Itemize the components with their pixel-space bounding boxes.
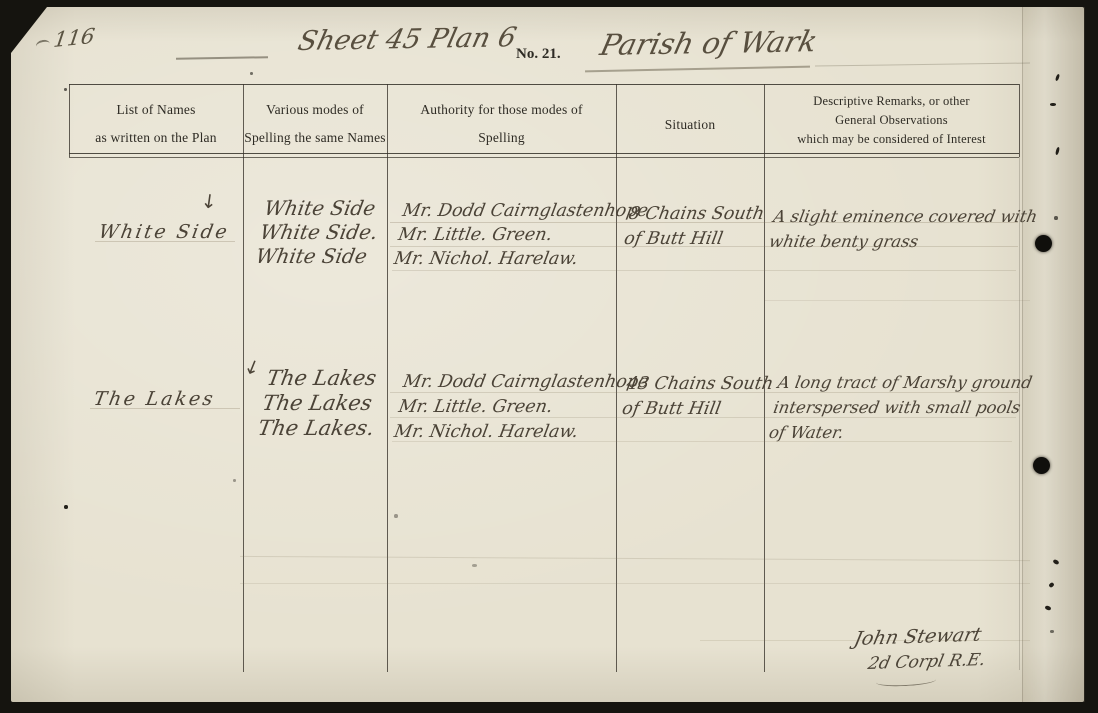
header-text-line: Situation	[616, 111, 764, 139]
entry-number-label: No. 21.	[516, 46, 561, 63]
situation-cell-row1: 8 Chains South of Butt Hill	[622, 202, 766, 252]
header-text-line: Spelling the same Names	[243, 124, 387, 152]
column-header-remarks: Descriptive Remarks, or other General Ob…	[764, 92, 1019, 149]
spelling-entry: White Side	[254, 244, 375, 268]
authority-entry: Mr. Little. Green.	[396, 223, 646, 247]
situation-line: of Butt Hill	[622, 227, 762, 252]
column-header-names: List of Names as written on the Plan	[69, 96, 243, 152]
header-text-line: Descriptive Remarks, or other	[764, 92, 1019, 111]
authority-cell-row2: Mr. Dodd Cairnglastenhope Mr. Little. Gr…	[392, 370, 651, 445]
header-bottom-rule	[69, 153, 1019, 154]
down-arrow-icon: ↓	[200, 190, 219, 214]
header-text-line: as written on the Plan	[69, 124, 243, 152]
authority-cell-row1: Mr. Dodd Cairnglastenhope Mr. Little. Gr…	[392, 199, 650, 271]
authority-entry: Mr. Nichol. Harelaw.	[392, 247, 642, 271]
situation-cell-row2: 43 Chains South of Butt Hill	[620, 372, 775, 422]
spellings-cell-row2: The Lakes The Lakes The Lakes.	[256, 366, 385, 441]
header-text-line: Various modes of	[243, 96, 387, 124]
scan-background: 116 Sheet 45 Plan 6 No. 21. Parish of Wa…	[0, 0, 1098, 713]
spelling-entry: White Side	[262, 196, 383, 220]
header-bottom-rule-2	[69, 157, 1019, 158]
situation-line: 43 Chains South	[624, 372, 775, 397]
column-header-spelling-modes: Various modes of Spelling the same Names	[243, 96, 387, 152]
header-text-line: Authority for those modes of	[387, 96, 616, 124]
remarks-cell-row2: A long tract of Marshy ground interspers…	[767, 370, 1034, 445]
authority-entry: Mr. Dodd Cairnglastenhope	[400, 199, 650, 223]
sheet-plan-label: Sheet 45 Plan 6	[295, 22, 519, 57]
header-text-line: List of Names	[69, 96, 243, 124]
punch-hole	[1035, 235, 1052, 252]
remarks-line: white benty grass	[767, 229, 1035, 254]
header-text-line: Spelling	[387, 124, 616, 152]
surveyor-rank: 2d Corpl R.E.	[866, 650, 987, 674]
remarks-line: A slight eminence covered with	[771, 204, 1039, 229]
place-name-row1: White Side	[97, 221, 231, 243]
situation-line: of Butt Hill	[620, 397, 771, 422]
column-header-situation: Situation	[616, 111, 764, 139]
spelling-entry: The Lakes.	[256, 416, 376, 441]
spelling-entry: White Side.	[258, 220, 379, 244]
place-name-row2: The Lakes	[92, 388, 217, 410]
binding-edge	[1022, 7, 1085, 702]
situation-line: 8 Chains South	[626, 202, 766, 227]
column-header-authority: Authority for those modes of Spelling	[387, 96, 616, 152]
parish-label: Parish of Wark	[597, 24, 821, 62]
spellings-cell-row1: White Side White Side. White Side	[254, 196, 384, 268]
spelling-entry: The Lakes	[265, 366, 385, 391]
header-text-line: which may be considered of Interest	[764, 130, 1019, 149]
punch-hole	[1033, 457, 1050, 474]
table-right-border	[1019, 84, 1020, 157]
spelling-entry: The Lakes	[260, 391, 380, 416]
surveyor-signature: John Stewart	[852, 624, 984, 650]
header-text-line: General Observations	[764, 111, 1019, 130]
table-top-rule	[69, 84, 1019, 85]
folio-number: 116	[52, 24, 96, 52]
